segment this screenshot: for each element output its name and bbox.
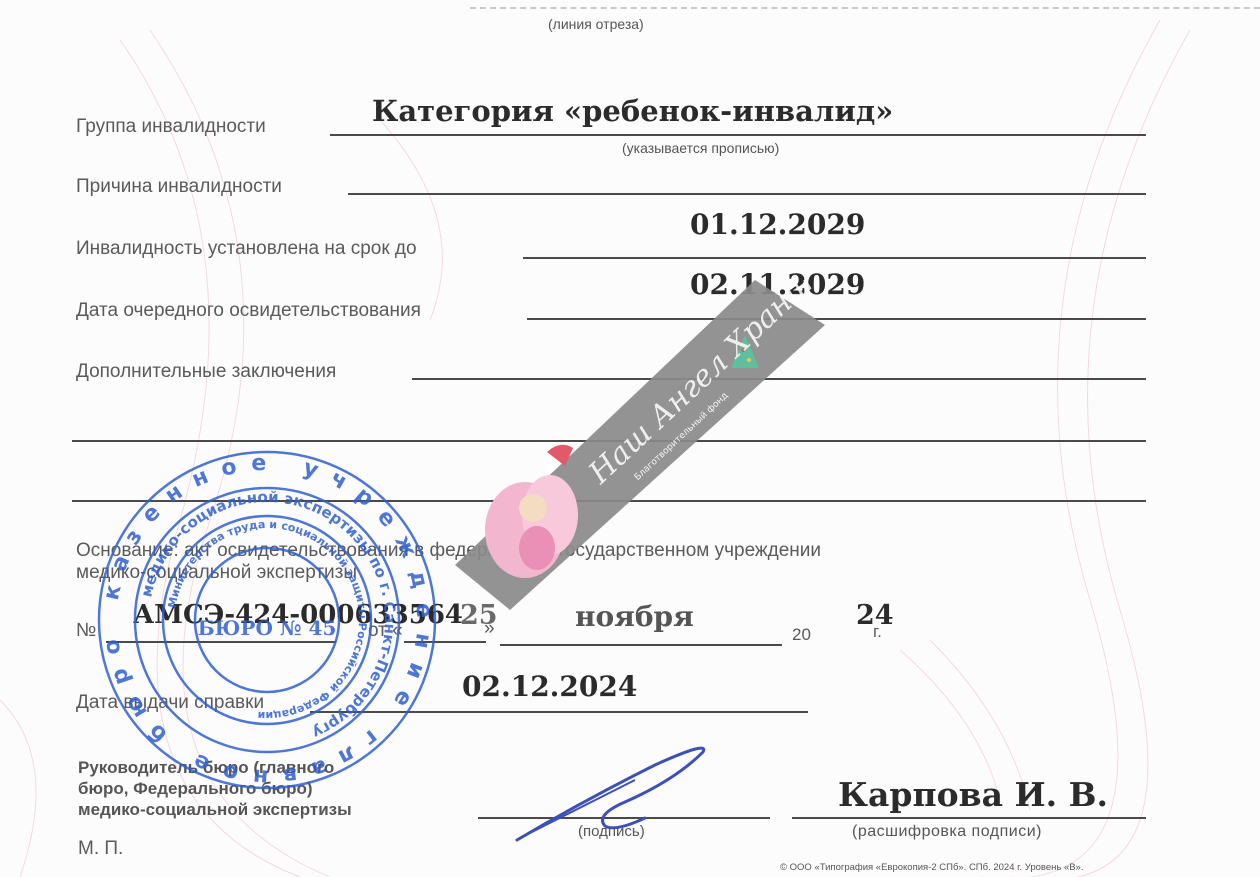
disability-cause-field[interactable] xyxy=(348,193,1146,195)
basis-line-1: Основание: акт освидетельствования в фед… xyxy=(76,540,821,562)
act-year-prefix: 20 xyxy=(792,625,811,645)
act-month-line xyxy=(500,644,782,646)
head-position-text: Руководитель бюро (главного бюро, Федера… xyxy=(78,757,352,820)
act-number-line xyxy=(106,641,336,643)
established-until-label: Инвалидность установлена на срок до xyxy=(76,238,417,260)
basis-line-2: медико-социальной экспертизы xyxy=(76,562,821,584)
disability-group-hint: (указывается прописью) xyxy=(622,140,779,156)
disability-group-label: Группа инвалидности xyxy=(76,116,266,138)
next-exam-date-value[interactable]: 02.11.2029 xyxy=(690,268,865,301)
disability-group-value[interactable]: Категория «ребенок-инвалид» xyxy=(372,94,893,128)
next-exam-date-line xyxy=(527,318,1146,320)
additional-conclusions-field[interactable] xyxy=(412,378,1146,380)
cut-line xyxy=(470,7,1260,9)
additional-conclusions-line-3[interactable] xyxy=(72,500,1146,502)
act-number-label: № xyxy=(76,620,96,642)
disability-cause-label: Причина инвалидности xyxy=(76,176,282,198)
act-year-suffix: г. xyxy=(873,622,882,642)
issue-date-label: Дата выдачи справки xyxy=(76,692,264,714)
head-position-line-2: бюро, Федерального бюро) xyxy=(78,778,352,799)
seal-place-label: М. П. xyxy=(78,838,123,860)
issue-date-value[interactable]: 02.12.2024 xyxy=(462,670,637,703)
act-number-value[interactable]: АМСЭ-424-000633564 xyxy=(133,600,463,630)
signer-name[interactable]: Карпова И. В. xyxy=(838,775,1108,814)
signature-line[interactable] xyxy=(478,817,770,819)
printer-imprint: © ООО «Типография «Еврокопия-2 СПб». СПб… xyxy=(780,862,1084,873)
signer-name-line xyxy=(792,817,1146,819)
established-until-value[interactable]: 01.12.2029 xyxy=(690,208,865,241)
act-from-label: от « xyxy=(368,620,403,642)
signature-hint: (подпись) xyxy=(578,823,645,840)
act-month-value[interactable]: ноября xyxy=(575,600,694,633)
established-until-line xyxy=(523,257,1146,259)
disability-group-line xyxy=(330,134,1146,136)
basis-text: Основание: акт освидетельствования в фед… xyxy=(76,540,821,584)
act-day-close: » xyxy=(484,618,495,640)
act-day-line xyxy=(404,641,486,643)
christmas-tree-icon xyxy=(731,335,759,368)
next-exam-date-label: Дата очередного освидетельствования xyxy=(76,300,421,322)
head-position-line-1: Руководитель бюро (главного xyxy=(78,757,352,778)
head-position-line-3: медико-социальной экспертизы xyxy=(78,799,352,820)
santa-hat-icon xyxy=(546,445,573,472)
cut-line-caption: (линия отреза) xyxy=(548,16,644,32)
additional-conclusions-line-2[interactable] xyxy=(72,440,1146,442)
issue-date-line xyxy=(310,711,808,713)
svg-text:Благотворительный фонд: Благотворительный фонд xyxy=(633,391,731,483)
svg-text:Наш Ангел Хранитель: Наш Ангел Хранитель xyxy=(581,280,835,492)
signer-name-hint: (расшифровка подписи) xyxy=(852,823,1042,841)
additional-conclusions-label: Дополнительные заключения xyxy=(76,361,336,383)
